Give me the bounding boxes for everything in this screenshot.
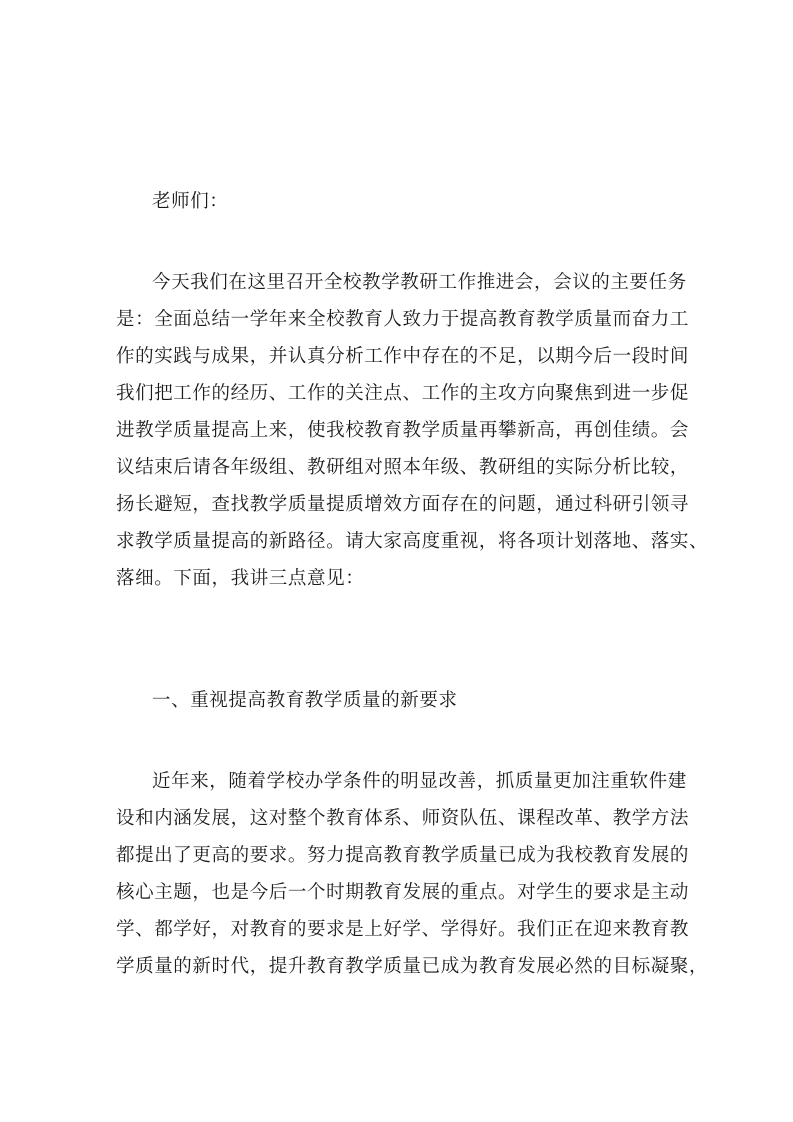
salutation: 老师们： [152,190,678,214]
paragraph-line: 进教学质量提高上来，使我校教育教学质量再攀新高，再创佳绩。会 [116,419,678,443]
paragraph-line: 扬长避短，查找教学质量提质增效方面存在的问题，通过科研引领寻 [116,493,678,517]
paragraph-line: 设和内涵发展，这对整个教育体系、师资队伍、课程改革、教学方法 [116,807,678,831]
paragraph-line: 核心主题，也是今后一个时期教育发展的重点。对学生的要求是主动 [116,881,678,905]
paragraph-line: 都提出了更高的要求。努力提高教育教学质量已成为我校教育发展的 [116,844,678,868]
document-page: 老师们： 今天我们在这里召开全校教学教研工作推进会，会议的主要任务 是：全面总结… [0,0,793,1122]
paragraph-line: 求教学质量提高的新路径。请大家高度重视，将各项计划落地、落实、 [116,530,678,554]
paragraph-line: 近年来，随着学校办学条件的明显改善，抓质量更加注重软件建 [152,770,678,794]
paragraph-line: 落细。下面，我讲三点意见： [116,567,678,591]
paragraph-line: 作的实践与成果，并认真分析工作中存在的不足，以期今后一段时间 [116,345,678,369]
paragraph-line: 议结束后请各年级组、教研组对照本年级、教研组的实际分析比较， [116,456,678,480]
paragraph-line: 学、都学好，对教育的要求是上好学、学得好。我们正在迎来教育教 [116,918,678,942]
section-heading: 一、重视提高教育教学质量的新要求 [152,689,678,713]
paragraph-line: 我们把工作的经历、工作的关注点、工作的主攻方向聚焦到进一步促 [116,382,678,406]
paragraph-line: 今天我们在这里召开全校教学教研工作推进会，会议的主要任务 [152,271,678,295]
paragraph-line: 学质量的新时代，提升教育教学质量已成为教育发展必然的目标凝聚， [116,955,678,979]
paragraph-line: 是：全面总结一学年来全校教育人致力于提高教育教学质量而奋力工 [116,308,678,332]
